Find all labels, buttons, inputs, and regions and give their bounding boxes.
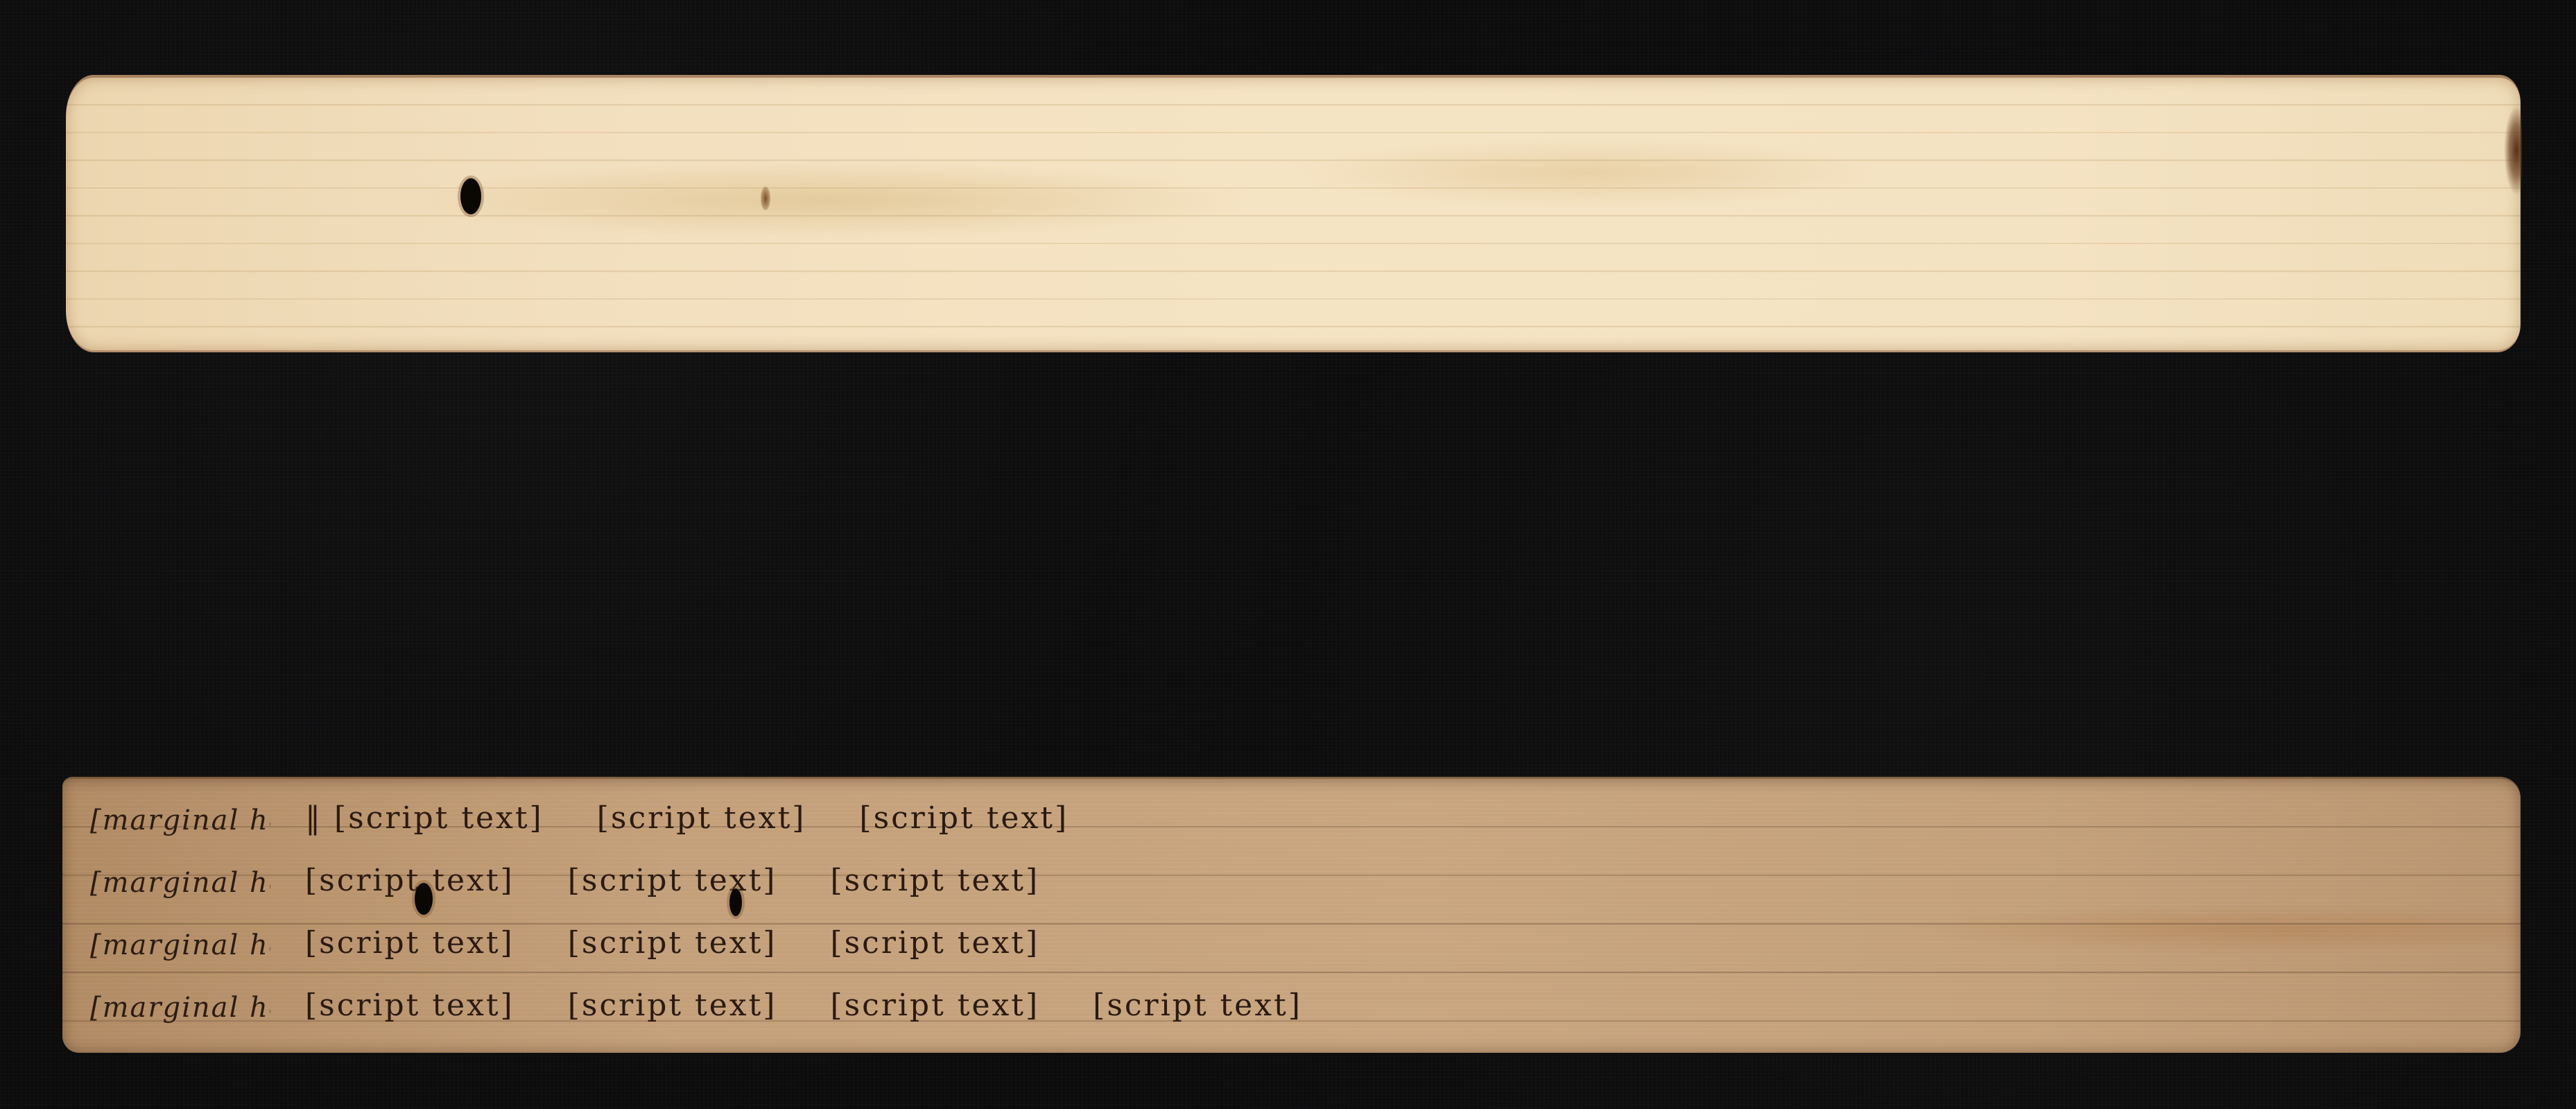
text-segment: [script text]	[568, 986, 777, 1026]
script-line: [script text] [script text] [script text…	[305, 923, 2479, 963]
binding-hole	[460, 178, 481, 214]
blank-palm-leaf	[66, 75, 2521, 352]
unpunched-hole-mark	[761, 187, 770, 210]
text-segment: [script text]	[597, 798, 806, 839]
text-segment: [script text]	[568, 861, 777, 901]
margin-label: [marginal heading 1]	[90, 800, 270, 841]
edge-stain	[2504, 105, 2522, 196]
binding-hole	[415, 883, 433, 915]
margin-label: [marginal heading 3]	[90, 925, 270, 966]
text-segment: [script text]	[305, 923, 515, 963]
inscribed-palm-leaf: [marginal heading 1] [marginal heading 2…	[62, 777, 2521, 1053]
margin-label: [marginal heading 2]	[90, 862, 270, 904]
text-segment: [script text]	[305, 986, 515, 1026]
script-line: [script text] [script text] [script text…	[305, 861, 2479, 901]
text-segment: [script text]	[830, 986, 1039, 1026]
text-segment: [script text]	[830, 861, 1039, 901]
text-segment: [script text]	[1093, 986, 1302, 1026]
text-segment: [script text]	[568, 923, 777, 963]
margin-label: [marginal heading 4]	[90, 987, 270, 1029]
script-text-block: ‖ [script text] [script text] [script te…	[305, 798, 2479, 1026]
text-segment: ‖ [script text]	[305, 798, 544, 839]
text-segment: [script text]	[830, 923, 1039, 963]
script-line: [script text] [script text] [script text…	[305, 986, 2479, 1026]
text-segment: [script text]	[305, 861, 515, 901]
text-segment: [script text]	[859, 798, 1069, 839]
margin-column: [marginal heading 1] [marginal heading 2…	[90, 800, 270, 1029]
script-line: ‖ [script text] [script text] [script te…	[305, 798, 2479, 839]
binding-hole	[729, 888, 742, 916]
